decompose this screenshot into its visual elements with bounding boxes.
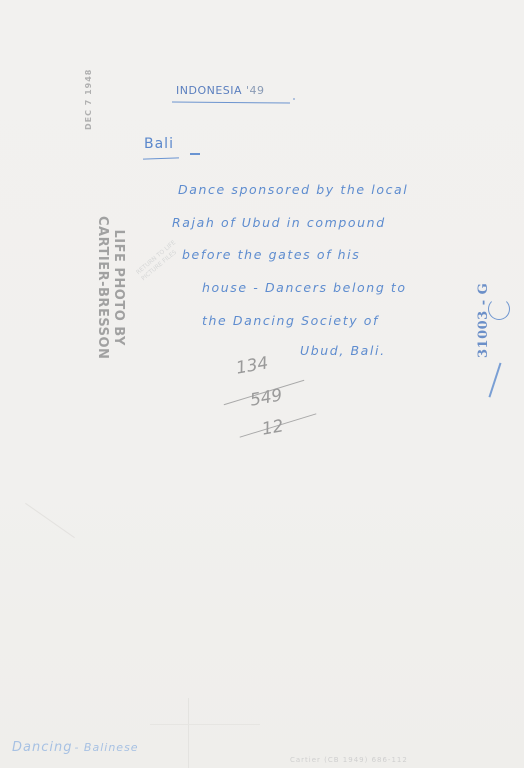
caption-line: before the gates of his <box>182 247 360 262</box>
credit-line-1: LIFE PHOTO BY <box>110 216 126 359</box>
caption-line: Dance sponsored by the local <box>178 182 408 197</box>
credit-line-2: CARTIER-BRESSON <box>94 216 110 359</box>
subject-label: Dancing- Balinese <box>12 740 139 755</box>
caption-line: Ubud, Bali. <box>300 343 386 358</box>
photo-back-paper <box>0 0 524 768</box>
ref-circle-mark <box>488 298 510 320</box>
subject-main: Dancing <box>12 740 72 755</box>
place-dash <box>190 153 200 155</box>
reference-number: 31003 - G <box>476 283 491 358</box>
country-header: INDONESIA'49 <box>176 84 265 97</box>
caption-line: the Dancing Society of <box>202 313 379 328</box>
bottom-note: Cartier (CB 1949) 686-112 <box>290 756 408 764</box>
country-name: INDONESIA <box>176 84 242 97</box>
tape-mark <box>150 724 260 725</box>
pencil-note: 12 <box>260 416 285 439</box>
country-year: '49 <box>246 84 265 97</box>
credit-stamp: LIFE PHOTO BY CARTIER-BRESSON <box>94 216 126 359</box>
subject-sub: - Balinese <box>74 741 138 754</box>
place-label: Bali <box>144 136 174 152</box>
date-stamp: DEC 7 1948 <box>84 69 93 130</box>
caption-line: house - Dancers belong to <box>202 280 407 295</box>
country-dot <box>293 98 295 100</box>
caption-line: Rajah of Ubud in compound <box>172 215 386 230</box>
tape-mark <box>188 698 189 768</box>
